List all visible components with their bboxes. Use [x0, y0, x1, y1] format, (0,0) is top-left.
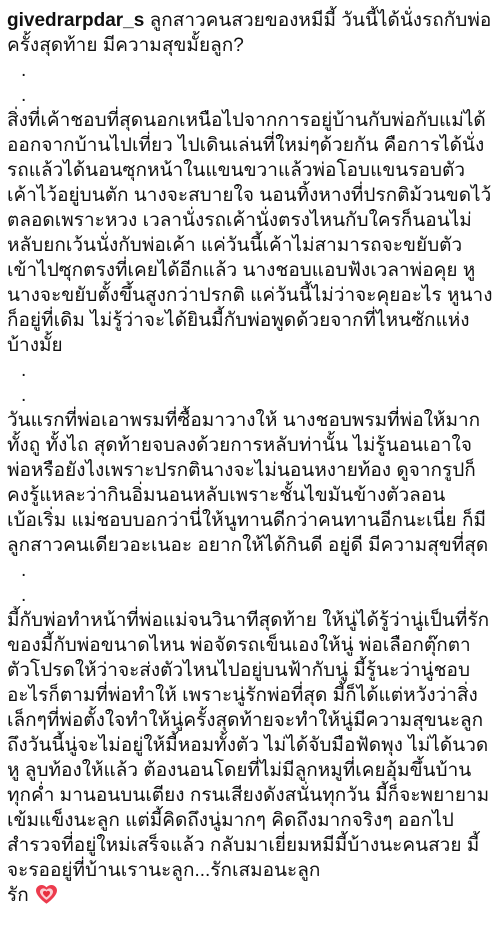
dot-separator: .: [7, 83, 493, 108]
dot-separator: .: [7, 58, 493, 83]
dot-separator: .: [7, 558, 493, 583]
signoff-text: รัก: [7, 885, 34, 906]
caption-paragraph: วันแรกที่พ่อเอาพรมที่ซื้อมาวางให้ นางชอบ…: [7, 408, 493, 558]
heart-icon: [36, 885, 57, 904]
caption-lead-paragraph: givedrarpdar_s ลูกสาวคนสวยของหมีมี้ วันน…: [7, 8, 493, 58]
dot-separator: .: [7, 583, 493, 608]
dot-separator: .: [7, 383, 493, 408]
post-caption: givedrarpdar_s ลูกสาวคนสวยของหมีมี้ วันน…: [7, 8, 493, 908]
username-link[interactable]: givedrarpdar_s: [7, 10, 144, 31]
signoff-line: รัก: [7, 883, 493, 908]
dot-separator: .: [7, 358, 493, 383]
caption-paragraph: สิ่งที่เค้าชอบที่สุดนอกเหนือไปจากการอยู่…: [7, 108, 493, 358]
caption-paragraph: มี้กับพ่อทำหน้าที่พ่อแม่จนวินาทีสุดท้าย …: [7, 608, 493, 883]
caption-view: givedrarpdar_s ลูกสาวคนสวยของหมีมี้ วันน…: [0, 0, 500, 942]
